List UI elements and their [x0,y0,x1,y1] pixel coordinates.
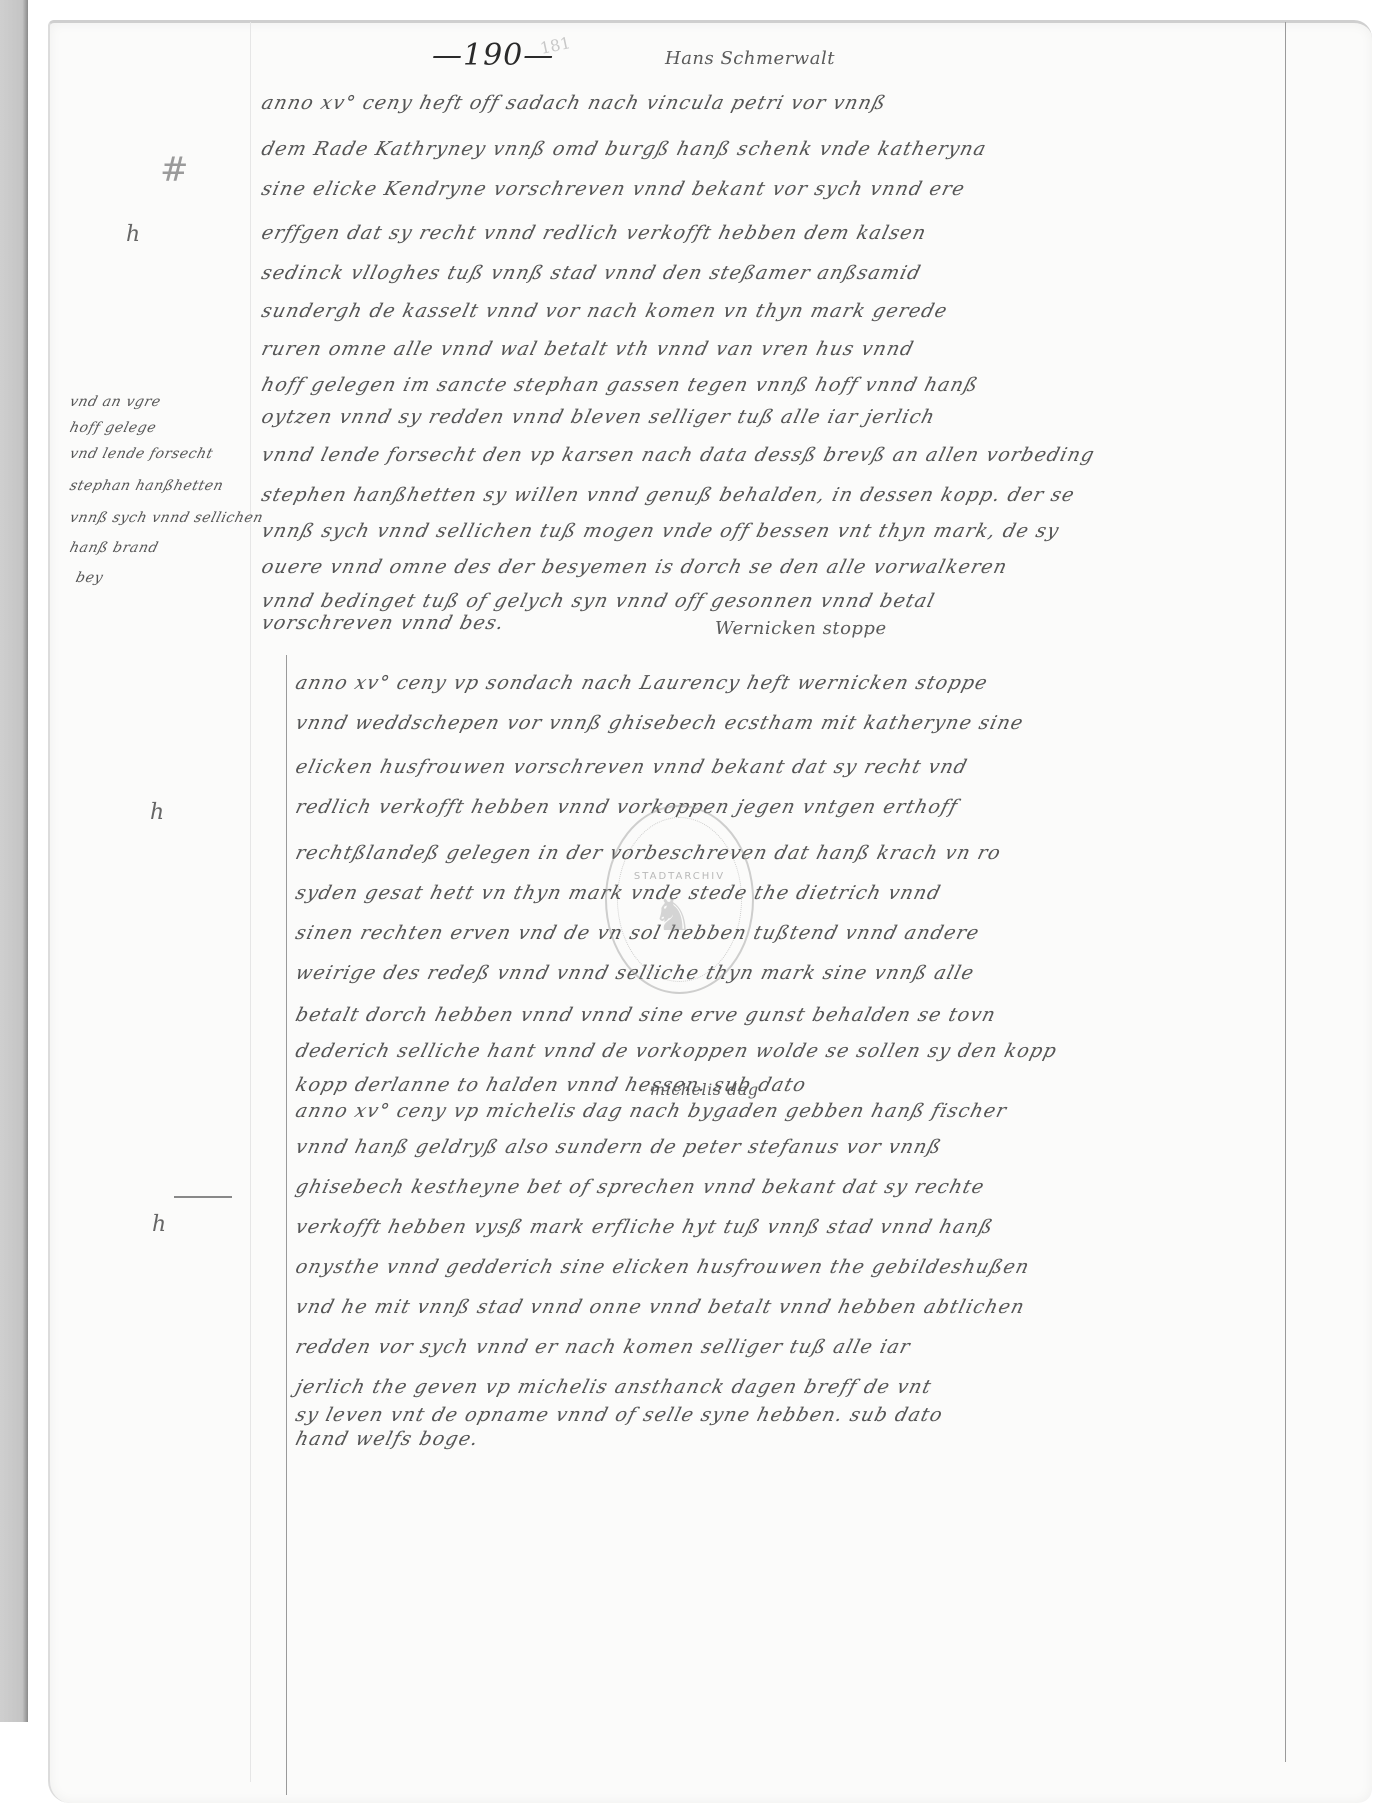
text-line: vnd he mit vnnß stad vnnd onne vnnd beta… [293,1296,1027,1318]
text-line: sy leven vnt de opname vnnd of selle syn… [293,1404,945,1426]
margin-note-line: hoff gelege [68,420,158,436]
text-line: redden vor sych vnnd er nach komen selli… [293,1336,913,1358]
text-line: vnnd weddschepen vor vnnß ghisebech ecst… [293,712,1026,734]
lion-emblem-icon: ♞ [652,887,693,941]
margin-cross-mark: # [160,150,189,190]
left-margin-rule [286,655,287,1795]
margin-h-mark: h [150,800,164,825]
text-line: verkofft hebben vysß mark erfliche hyt t… [293,1216,996,1238]
text-line: sundergh de kasselt vnnd vor nach komen … [259,300,950,322]
folio-number: —190— [432,38,554,73]
archive-stamp: STADTARCHIV ♞ [605,805,754,994]
entry-heading: Wernicken stoppe [715,618,887,639]
text-line: ghisebech kestheyne bet of sprechen vnnd… [293,1176,987,1198]
text-line: vnnd hanß geldryß also sundern de peter … [293,1136,944,1158]
text-line: jerlich the geven vp michelis ansthanck … [293,1376,934,1398]
text-line: sine elicke Kendryne vorschreven vnnd be… [259,178,967,200]
text-line: hand welfs boge. [293,1428,481,1450]
right-margin-rule [1285,22,1286,1762]
text-line: stephen hanßhetten sy willen vnnd genuß … [259,484,1077,506]
margin-note-line: hanß brand [68,540,160,556]
text-line: redlich verkofft hebben vnnd vorkoppen j… [293,796,960,818]
margin-ruling-faint [250,22,251,1782]
margin-note-line: bey [74,570,105,586]
entry-heading: michelis dag [650,1080,759,1099]
text-line: anno xv° ceny vp sondach nach Laurency h… [293,672,990,694]
text-line: ouere vnnd omne des der besyemen is dorc… [259,556,1010,578]
text-line: dederich selliche hant vnnd de vorkoppen… [293,1040,1059,1062]
text-line: sedinck vlloghes tuß vnnß stad vnnd den … [259,262,923,284]
text-line: vnnß sych vnnd sellichen tuß mogen vnde … [259,520,1062,542]
text-line: vnnd bedinget tuß of gelych syn vnnd off… [259,590,937,612]
text-line: erffgen dat sy recht vnnd redlich verkof… [259,222,929,244]
margin-h-mark: h [126,222,140,247]
stamp-text: STADTARCHIV [607,871,752,882]
text-line: anno xv° ceny heft off sadach nach vincu… [259,92,889,114]
text-line: vnnd lende forsecht den vp karsen nach d… [259,444,1097,466]
margin-note-line: vnd lende forsecht [68,446,215,462]
margin-note-line: vnd an vgre [68,394,163,410]
text-line: dem Rade Kathryney vnnß omd burgß hanß s… [259,138,989,160]
margin-dash [174,1196,232,1198]
text-line: betalt dorch hebben vnnd vnnd sine erve … [293,1004,998,1026]
entry-heading: Hans Schmerwalt [665,48,835,69]
margin-note-line: stephan hanßhetten [68,478,225,494]
text-line: onysthe vnnd gedderich sine elicken husf… [293,1256,1032,1278]
text-line: hoff gelegen im sancte stephan gassen te… [259,374,981,396]
text-line: ruren omne alle vnnd wal betalt vth vnnd… [259,338,916,360]
text-line: vorschreven vnnd bes. [259,612,507,634]
margin-h-mark: h [152,1212,166,1237]
text-line: anno xv° ceny vp michelis dag nach bygad… [293,1100,1009,1122]
scanner-edge-strip [0,0,28,1722]
text-line: elicken husfrouwen vorschreven vnnd beka… [293,756,970,778]
text-line: oytzen vnnd sy redden vnnd bleven sellig… [259,406,938,428]
margin-note-line: vnnß sych vnnd sellichen [68,510,265,526]
